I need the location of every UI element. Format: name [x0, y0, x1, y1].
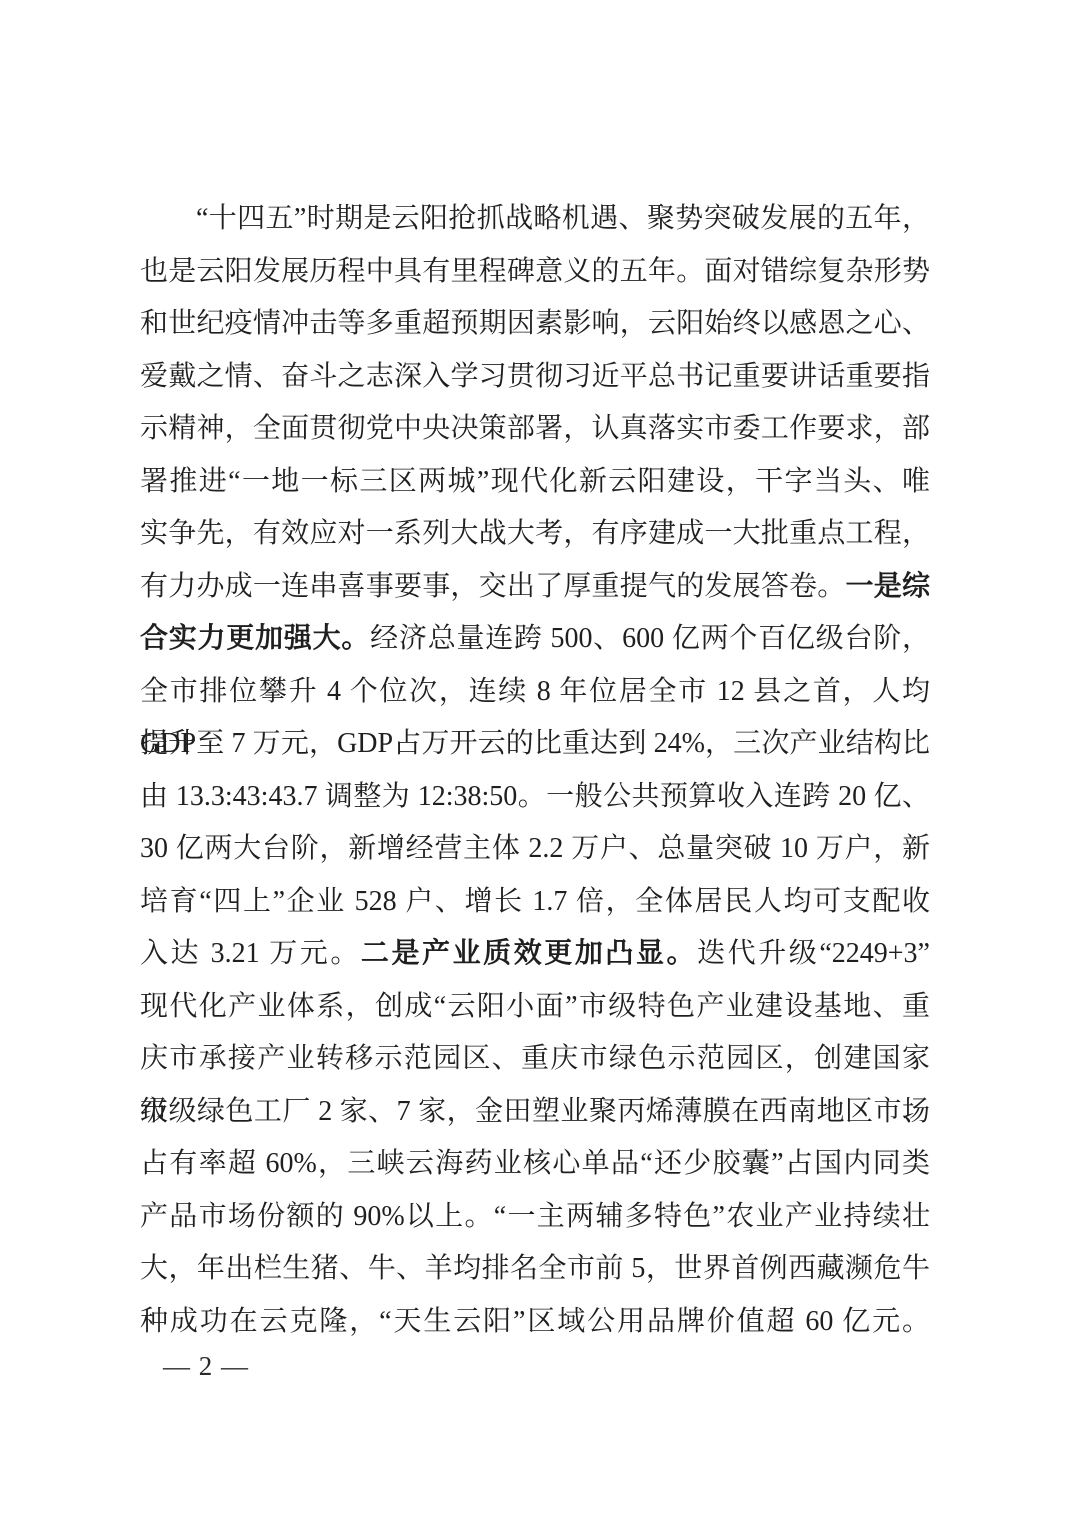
body-text: 实争先，有效应对一系列大战大考，有序建成一大批重点工程，	[140, 518, 930, 549]
body-text: 现代化产业体系，创成“云阳小面”市级特色产业建设基地、重	[140, 991, 930, 1022]
text-line: 署推进“一地一标三区两城”现代化新云阳建设，干字当头、唯	[140, 456, 930, 509]
body-text: 和世纪疫情冲击等多重超预期因素影响，云阳始终以感恩之心、	[140, 308, 930, 339]
text-line: 合实力更加强大。经济总量连跨 500、600 亿两个百亿级台阶，	[140, 613, 930, 666]
body-text: 市级绿色工厂 2 家、7 家，金田塑业聚丙烯薄膜在西南地区市场	[140, 1096, 930, 1127]
body-text: 也是云阳发展历程中具有里程碑意义的五年。面对错综复杂形势	[140, 256, 930, 287]
emphasis-text: 一是综	[846, 571, 930, 602]
body-text: 示精神，全面贯彻党中央决策部署，认真落实市委工作要求，部	[140, 413, 930, 444]
text-line: 种成功在云克隆，“天生云阳”区域公用品牌价值超 60 亿元。	[140, 1296, 930, 1349]
body-text: 爱戴之情、奋斗之志深入学习贯彻习近平总书记重要讲话重要指	[140, 361, 930, 392]
body-text: 署推进“一地一标三区两城”现代化新云阳建设，干字当头、唯	[140, 466, 930, 497]
body-text: 产品市场份额的 90%以上。“一主两辅多特色”农业产业持续壮	[140, 1201, 930, 1232]
text-line: 全市排位攀升 4 个位次，连续 8 年位居全市 12 县之首，人均GDP	[140, 666, 930, 719]
document-body: “十四五”时期是云阳抢抓战略机遇、聚势突破发展的五年，也是云阳发展历程中具有里程…	[140, 193, 930, 1348]
text-line: 有力办成一连串喜事要事，交出了厚重提气的发展答卷。一是综	[140, 561, 930, 614]
text-line: 入达 3.21 万元。二是产业质效更加凸显。迭代升级“2249+3”	[140, 928, 930, 981]
emphasis-text: 合实力更加强大。	[140, 623, 370, 654]
body-text: 由 13.3:43:43.7 调整为 12:38:50。一般公共预算收入连跨 2…	[140, 781, 930, 812]
body-text: 有力办成一连串喜事要事，交出了厚重提气的发展答卷。	[140, 571, 846, 602]
body-text: 提升至 7 万元，GDP占万开云的比重达到 24%，三次产业结构比	[140, 728, 930, 759]
text-line: 由 13.3:43:43.7 调整为 12:38:50。一般公共预算收入连跨 2…	[140, 771, 930, 824]
emphasis-text: 二是产业质效更加凸显。	[361, 938, 697, 969]
body-text: 迭代升级“2249+3”	[697, 938, 930, 969]
body-text: 占有率超 60%，三峡云海药业核心单品“还少胶囊”占国内同类	[140, 1148, 930, 1179]
text-line: 提升至 7 万元，GDP占万开云的比重达到 24%，三次产业结构比	[140, 718, 930, 771]
text-line: 市级绿色工厂 2 家、7 家，金田塑业聚丙烯薄膜在西南地区市场	[140, 1086, 930, 1139]
text-line: 和世纪疫情冲击等多重超预期因素影响，云阳始终以感恩之心、	[140, 298, 930, 351]
text-line: 培育“四上”企业 528 户、增长 1.7 倍，全体居民人均可支配收	[140, 876, 930, 929]
body-text: “十四五”时期是云阳抢抓战略机遇、聚势突破发展的五年，	[196, 203, 930, 234]
text-line: 30 亿两大台阶，新增经营主体 2.2 万户、总量突破 10 万户，新	[140, 823, 930, 876]
body-text: 经济总量连跨 500、600 亿两个百亿级台阶，	[370, 623, 930, 654]
text-line: 占有率超 60%，三峡云海药业核心单品“还少胶囊”占国内同类	[140, 1138, 930, 1191]
text-line: 实争先，有效应对一系列大战大考，有序建成一大批重点工程，	[140, 508, 930, 561]
body-text: 培育“四上”企业 528 户、增长 1.7 倍，全体居民人均可支配收	[140, 886, 930, 917]
text-line: 庆市承接产业转移示范园区、重庆市绿色示范园区，创建国家级、	[140, 1033, 930, 1086]
body-text: 入达 3.21 万元。	[140, 938, 361, 969]
page-number: — 2 —	[163, 1346, 249, 1386]
body-text: 大，年出栏生猪、牛、羊均排名全市前 5，世界首例西藏濒危牛	[140, 1253, 930, 1284]
text-line: 示精神，全面贯彻党中央决策部署，认真落实市委工作要求，部	[140, 403, 930, 456]
document-page: “十四五”时期是云阳抢抓战略机遇、聚势突破发展的五年，也是云阳发展历程中具有里程…	[0, 0, 1074, 1520]
text-line: “十四五”时期是云阳抢抓战略机遇、聚势突破发展的五年，	[140, 193, 930, 246]
text-line: 产品市场份额的 90%以上。“一主两辅多特色”农业产业持续壮	[140, 1191, 930, 1244]
body-text: 30 亿两大台阶，新增经营主体 2.2 万户、总量突破 10 万户，新	[140, 833, 930, 864]
text-line: 爱戴之情、奋斗之志深入学习贯彻习近平总书记重要讲话重要指	[140, 351, 930, 404]
text-line: 也是云阳发展历程中具有里程碑意义的五年。面对错综复杂形势	[140, 246, 930, 299]
text-line: 现代化产业体系，创成“云阳小面”市级特色产业建设基地、重	[140, 981, 930, 1034]
body-text: 种成功在云克隆，“天生云阳”区域公用品牌价值超 60 亿元。	[140, 1306, 930, 1337]
text-line: 大，年出栏生猪、牛、羊均排名全市前 5，世界首例西藏濒危牛	[140, 1243, 930, 1296]
